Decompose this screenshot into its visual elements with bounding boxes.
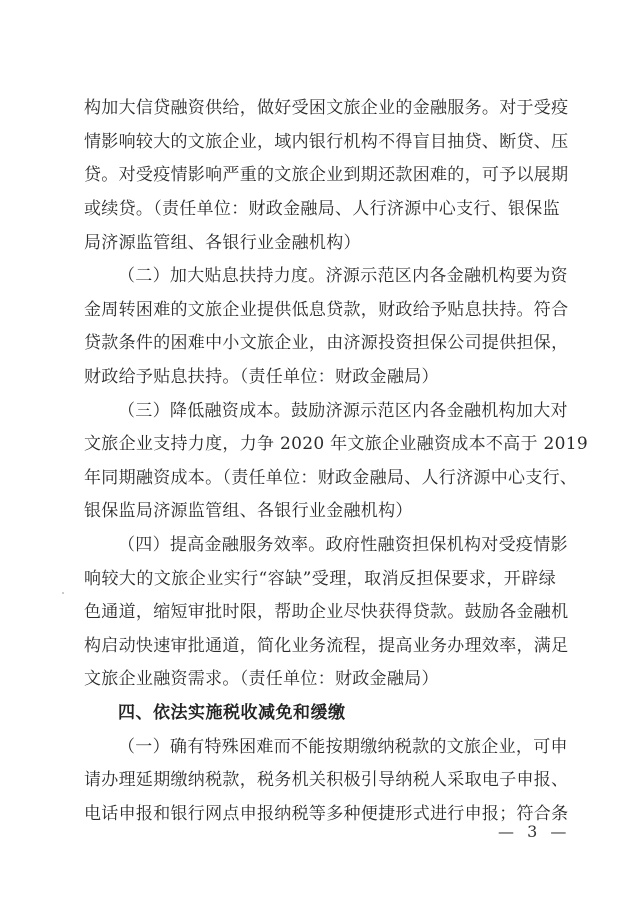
chapter-heading-4: 四、依法实施税收减免和缓缴 <box>118 702 556 724</box>
section-4-line-4: 构启动快速审批通道，简化业务流程，提高业务办理效率，满足 <box>84 635 556 657</box>
section-2-line-1: （二）加大贴息扶持力度。济源示范区内各金融机构要为资 <box>118 265 556 287</box>
document-page: 构加大信贷融资供给，做好受困文旅企业的金融服务。对于受疫 情影响较大的文旅企业，… <box>0 0 640 906</box>
subsection-1-line-3: 电话申报和银行网点申报纳税等多种便捷形式进行申报；符合条 <box>84 803 556 825</box>
subsection-1-line-2: 请办理延期缴纳税款，税务机关积极引导纳税人采取电子申报、 <box>84 769 556 791</box>
section-3-line-1: （三）降低融资成本。鼓励济源示范区内各金融机构加大对 <box>118 400 556 422</box>
paragraph-1-line-5: 局济源监管组、各银行业金融机构） <box>84 232 556 254</box>
section-3-line-2: 文旅企业支持力度，力争 2020 年文旅企业融资成本不高于 2019 <box>84 433 556 455</box>
section-3-line-4: 银保监局济源监管组、各银行业金融机构） <box>84 500 556 522</box>
section-2-line-2: 金周转困难的文旅企业提供低息贷款，财政给予贴息扶持。符合 <box>84 299 556 321</box>
section-4-line-3: 色通道，缩短审批时限，帮助企业尽快获得贷款。鼓励各金融机 <box>84 601 556 623</box>
section-3-line-3: 年同期融资成本。（责任单位：财政金融局、人行济源中心支行、 <box>84 467 556 489</box>
paragraph-1-line-3: 贷。对受疫情影响严重的文旅企业到期还款困难的，可予以展期 <box>84 164 556 186</box>
paragraph-1-line-4: 或续贷。（责任单位：财政金融局、人行济源中心支行、银保监 <box>84 198 556 220</box>
section-2-line-3: 贷款条件的困难中小文旅企业，由济源投资担保公司提供担保， <box>84 332 556 354</box>
paragraph-1-line-1: 构加大信贷融资供给，做好受困文旅企业的金融服务。对于受疫 <box>84 97 556 119</box>
subsection-1-line-1: （一）确有特殊困难而不能按期缴纳税款的文旅企业，可申 <box>118 736 556 758</box>
scan-artifact <box>62 592 64 594</box>
section-4-line-5: 文旅企业融资需求。（责任单位：财政金融局） <box>84 668 556 690</box>
section-4-line-1: （四）提高金融服务效率。政府性融资担保机构对受疫情影 <box>118 534 556 556</box>
section-4-line-2: 响较大的文旅企业实行“容缺”受理，取消反担保要求，开辟绿 <box>84 568 556 590</box>
page-number: — 3 — <box>498 822 570 841</box>
section-2-line-4: 财政给予贴息扶持。（责任单位：财政金融局） <box>84 366 556 388</box>
paragraph-1-line-2: 情影响较大的文旅企业，域内银行机构不得盲目抽贷、断贷、压 <box>84 131 556 153</box>
